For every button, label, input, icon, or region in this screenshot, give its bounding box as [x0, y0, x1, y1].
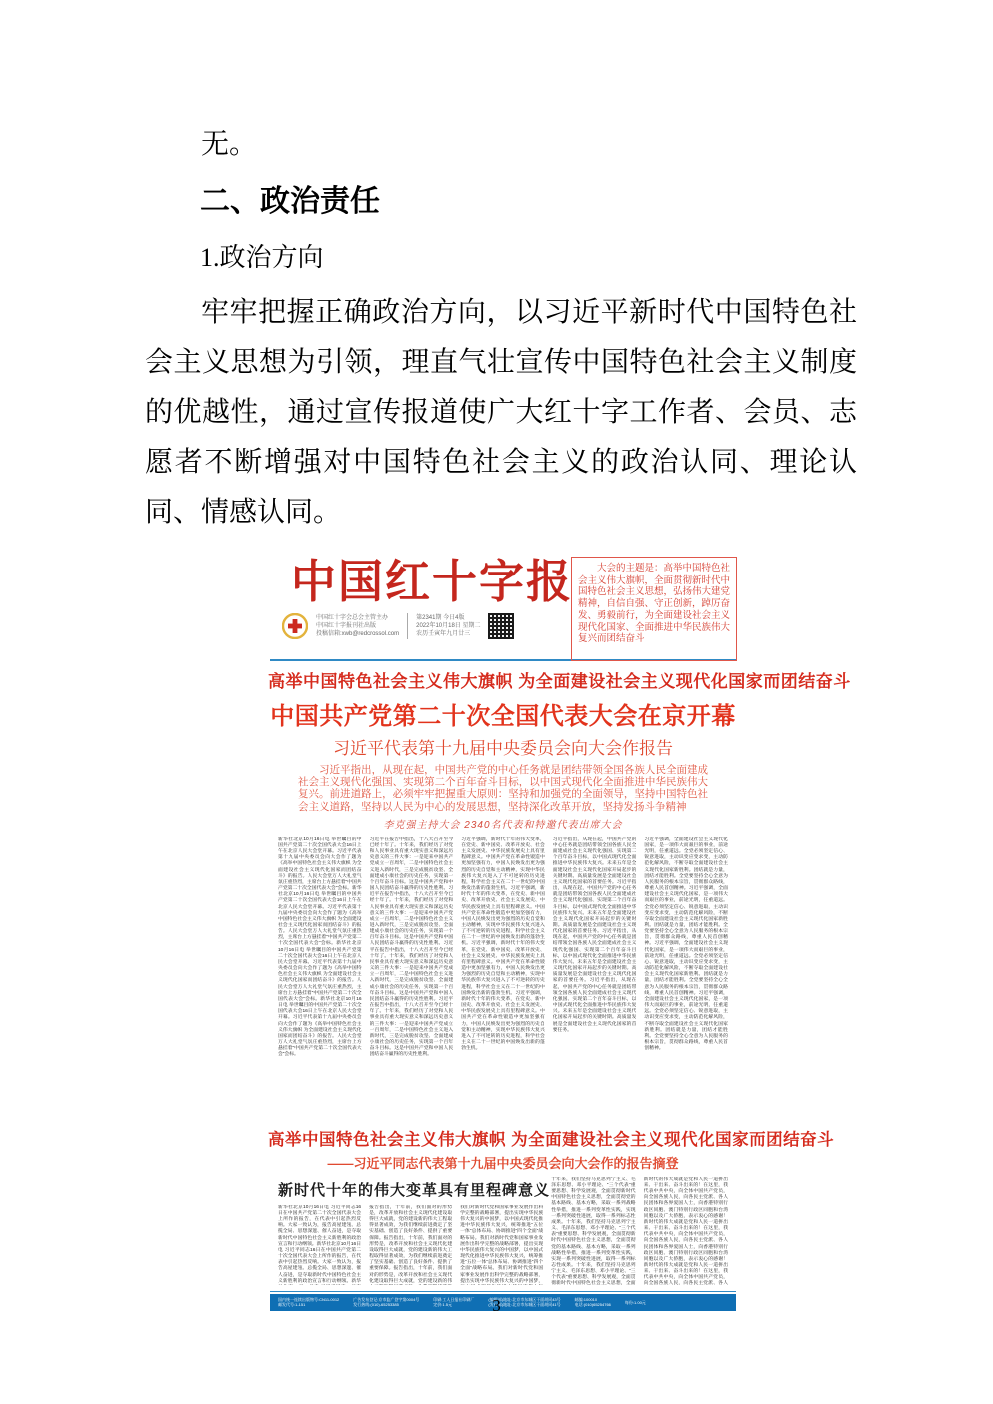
article2-right-columns: 十年来，我们坚持马克思列宁主义、毛泽东思想、邓小平理论、“三个代表”重要思想、科… [551, 1177, 728, 1285]
issue-info: 第2341期 今日4版 2022年10月18日 星期二 农历壬寅年九月廿三 [416, 614, 480, 638]
news-column: 报告指出，十年前，我们面对的形势是，改革开放和社会主义现代化建设取得巨大成就，党… [369, 1205, 452, 1285]
footer-divider-rule [270, 1291, 736, 1292]
issue-line: 农历壬寅年九月廿三 [416, 630, 480, 638]
news-column: 新时代的伟大成就是党和人民一道拼出来、干出来、奋斗出来的！在这里，我代表中共中央… [644, 1177, 728, 1285]
newspaper-image: 中国红十字报 中国红十字会总会主管主办 中国红十字报刊社出版 投稿信箱:xwb@… [268, 553, 738, 1292]
article2-subheadline: ——习近平同志代表第十九届中央委员会向大会作的报告摘登 [268, 1153, 738, 1172]
qr-code-icon [488, 613, 514, 639]
congress-theme-box: 大会的主题是：高举中国特色社会主义伟大旗帜，全面贯彻新时代中国特色社会主义思想，… [571, 557, 737, 661]
news-column: 我们对新时代党和国家事业发展作出科学完整的战略部署，提出实现中华民族伟大复兴的中… [460, 1205, 543, 1285]
article1-byline: 李克强主持大会 2340名代表和特邀代表出席大会 [268, 816, 738, 831]
heading-political-responsibility: 二、政治责任 [145, 182, 857, 222]
paragraph-none: 无。 [145, 126, 857, 164]
document-text-block: 无。 二、政治责任 1.政治方向 牢牢把握正确政治方向，以习近平新时代中国特色社… [145, 126, 857, 538]
issue-line: 2022年10月18日 星期二 [416, 622, 480, 630]
news-column: 新华社北京10月16日电 举世瞩目的中国共产党第二十次全国代表大会16日上午在北… [278, 837, 362, 1117]
newspaper-masthead: 中国红十字报 中国红十字会总会主管主办 中国红十字报刊社出版 投稿信箱:xwb@… [268, 553, 738, 657]
red-cross-logo-icon [282, 613, 308, 639]
masthead-left: 中国红十字报 中国红十字会总会主管主办 中国红十字报刊社出版 投稿信箱:xwb@… [282, 553, 582, 639]
vertical-divider [407, 613, 408, 639]
article2-slogan: 高举中国特色社会主义伟大旗帜 为全面建设社会主义现代化国家而团结奋斗 [268, 1126, 738, 1150]
issue-line: 第2341期 今日4版 [416, 614, 480, 622]
subheading-political-direction: 1.政治方向 [145, 240, 857, 276]
page-number: 3 [0, 1296, 993, 1316]
article2-body: 新时代十年的伟大变革具有里程碑意义 新华社北京10月16日电 习近平同志16日在… [278, 1177, 728, 1285]
news-column: 习近平强调，全面建设社会主义现代化国家，是一项伟大而艰巨的事业，前途光明，任重道… [644, 837, 728, 1117]
article1-columns: 新华社北京10月16日电 举世瞩目的中国共产党第二十次全国代表大会16日上午在北… [278, 837, 728, 1117]
publisher-info: 中国红十字会总会主管主办 中国红十字报刊社出版 投稿信箱:xwb@redcros… [316, 614, 399, 638]
publisher-line: 中国红十字会总会主管主办 [316, 614, 399, 622]
article2-headline: 新时代十年的伟大变革具有里程碑意义 [278, 1179, 543, 1200]
article1-headline: 中国共产党第二十次全国代表大会在京开幕 [268, 696, 738, 731]
news-column: 新华社北京10月16日电 习近平同志16日在中国共产党第二十次全国代表大会上所作… [278, 1205, 361, 1285]
document-page: 无。 二、政治责任 1.政治方向 牢牢把握正确政治方向，以习近平新时代中国特色社… [0, 0, 993, 1404]
article1-lead: 习近平指出，从现在起，中国共产党的中心任务就是团结带领全国各族人民全面建成社会主… [298, 764, 708, 813]
news-column: 十年来，我们坚持马克思列宁主义、毛泽东思想、邓小平理论、“三个代表”重要思想、科… [551, 1177, 635, 1285]
paragraph-political-direction: 牢牢把握正确政治方向，以习近平新时代中国特色社会主义思想为引领，理直气壮宣传中国… [145, 288, 857, 538]
news-column: 习近平指出，从现在起，中国共产党的中心任务就是团结带领全国各族人民全面建成社会主… [553, 837, 637, 1117]
publisher-line: 中国红十字报刊社出版 [316, 622, 399, 630]
article1-subheadline: 习近平代表第十九届中央委员会向大会作报告 [268, 734, 738, 759]
article2-left-block: 新时代十年的伟大变革具有里程碑意义 新华社北京10月16日电 习近平同志16日在… [278, 1177, 543, 1285]
newspaper-title: 中国红十字报 [282, 553, 582, 611]
publisher-row: 中国红十字会总会主管主办 中国红十字报刊社出版 投稿信箱:xwb@redcros… [282, 613, 582, 639]
publisher-line: 投稿信箱:xwb@redcrossol.com [316, 630, 399, 638]
article1-slogan: 高举中国特色社会主义伟大旗帜 为全面建设社会主义现代化国家而团结奋斗 [268, 667, 738, 692]
news-column: 习近平在报告中指出，十八大召开至今已经十年了。十年来，我们经历了对党和人民事业具… [370, 837, 454, 1117]
article2-left-columns: 新华社北京10月16日电 习近平同志16日在中国共产党第二十次全国代表大会上所作… [278, 1205, 543, 1285]
news-column: 习近平强调，新时代十年的伟大变革，在党史、新中国史、改革开放史、社会主义发展史、… [461, 837, 545, 1117]
